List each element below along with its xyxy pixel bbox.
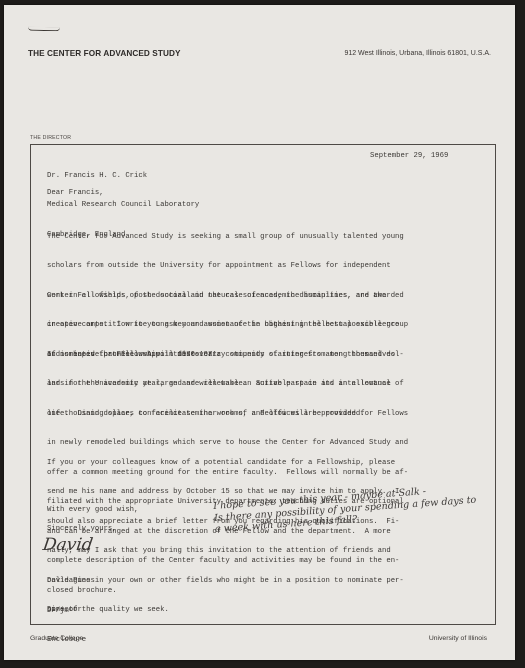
letterhead-organization: THE CENTER FOR ADVANCED STUDY: [28, 49, 181, 58]
sign-off: Sincerely yours,: [47, 525, 117, 535]
letter-frame: Dr. Francis H. C. Crick Medical Research…: [30, 144, 496, 625]
reference-initials: DP/jm: [47, 607, 86, 617]
handwritten-signature: David: [42, 535, 95, 555]
text-line: Center Fellowships, post-doctoral in the…: [47, 292, 404, 302]
footer-left: Graduate College: [30, 635, 83, 642]
letter-date: September 29, 1969: [370, 152, 448, 162]
text-line: If you or your colleagues know of a pote…: [47, 459, 404, 469]
letterhead-address: 912 West Illinois, Urbana, Illinois 6180…: [344, 50, 491, 57]
text-line: colleagues in your own or other fields w…: [47, 577, 404, 587]
text-line: in open competition to young men and wom…: [47, 321, 404, 331]
signer-name: David Pines: [47, 577, 95, 587]
text-line: sons of the quality we seek.: [47, 606, 404, 616]
text-line: life. Dining space, conference-seminar r…: [47, 410, 408, 420]
footer-right: University of Illinois: [429, 635, 487, 642]
text-line: and in the University at large and will …: [47, 380, 408, 390]
reference-block: DP/jm Enclosure: [47, 587, 86, 666]
text-line: scholars from outside the University for…: [47, 262, 408, 272]
letter-page: THE CENTER FOR ADVANCED STUDY 912 West I…: [4, 5, 515, 660]
text-line: The Center for Advanced Study is seeking…: [47, 233, 408, 243]
recipient-line: Dr. Francis H. C. Crick: [47, 172, 199, 182]
department-label: THE DIRECTOR: [30, 135, 71, 141]
text-line: It is hoped that Fellows will discover a…: [47, 351, 408, 361]
pen-mark: [28, 27, 60, 32]
salutation: Dear Francis,: [47, 189, 104, 199]
recipient-line: Medical Research Council Laboratory: [47, 201, 199, 211]
closing-line: With every good wish,: [47, 506, 138, 516]
text-line: nally, may I ask that you bring this inv…: [47, 547, 404, 557]
paragraph: If you or your colleagues know of a pote…: [47, 439, 404, 636]
